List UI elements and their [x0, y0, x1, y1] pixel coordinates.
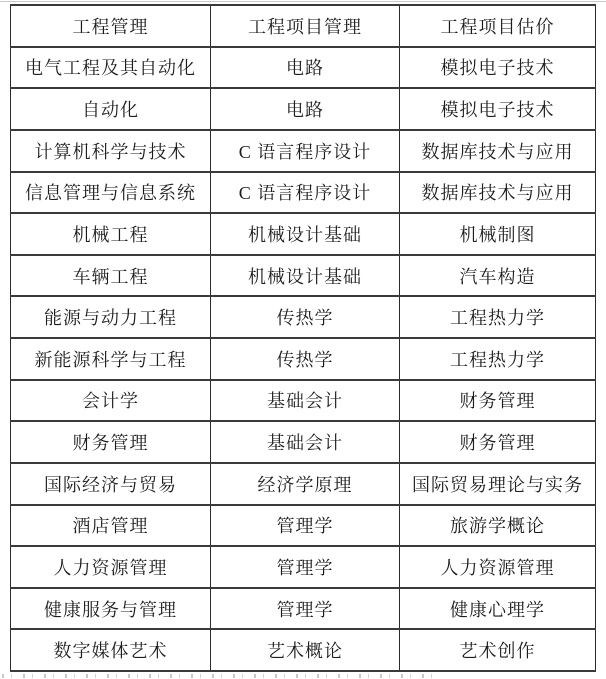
- table-cell-basic-course: 管理学: [211, 546, 400, 588]
- table-cell-major: 车辆工程: [11, 255, 211, 297]
- table-cell-second-course: 工程热力学: [400, 296, 596, 338]
- table-cell-second-course: 人力资源管理: [400, 546, 596, 588]
- table-cell-second-course: 工程项目估价: [400, 5, 596, 47]
- table-cell-basic-course: 传热学: [211, 338, 400, 380]
- table-cell-major: 自动化: [11, 88, 211, 130]
- table-row: 会计学基础会计财务管理: [11, 380, 596, 422]
- table-row: 健康服务与管理管理学健康心理学: [11, 588, 596, 630]
- table-cell-basic-course: 机械设计基础: [211, 213, 400, 255]
- table-row: 自动化电路模拟电子技术: [11, 88, 596, 130]
- table-cell-second-course: 工程热力学: [400, 338, 596, 380]
- table-row: 新能源科学与工程传热学工程热力学: [11, 338, 596, 380]
- table-cell-basic-course: 工程项目管理: [211, 5, 400, 47]
- table-cell-second-course: 机械制图: [400, 213, 596, 255]
- table-row: 工程管理工程项目管理工程项目估价: [11, 5, 596, 47]
- table-cell-major: 会计学: [11, 380, 211, 422]
- table-row: 数字媒体艺术艺术概论艺术创作: [11, 629, 596, 671]
- table-row: 车辆工程机械设计基础汽车构造: [11, 255, 596, 297]
- table-row: 能源与动力工程传热学工程热力学: [11, 296, 596, 338]
- table-cell-second-course: 财务管理: [400, 380, 596, 422]
- table-cell-second-course: 财务管理: [400, 421, 596, 463]
- table-row: 国际经济与贸易经济学原理国际贸易理论与实务: [11, 463, 596, 505]
- table-cell-major: 财务管理: [11, 421, 211, 463]
- table-cell-second-course: 旅游学概论: [400, 505, 596, 547]
- table-cell-basic-course: 经济学原理: [211, 463, 400, 505]
- table-row: 电气工程及其自动化电路模拟电子技术: [11, 47, 596, 89]
- table-cell-second-course: 模拟电子技术: [400, 47, 596, 89]
- cutoff-text-artifact: [2, 674, 432, 678]
- table-cell-basic-course: 机械设计基础: [211, 255, 400, 297]
- table-cell-second-course: 数据库技术与应用: [400, 172, 596, 214]
- top-edge-artifact: [0, 1, 606, 2]
- table-cell-basic-course: 管理学: [211, 588, 400, 630]
- table-cell-second-course: 汽车构造: [400, 255, 596, 297]
- table-row: 财务管理基础会计财务管理: [11, 421, 596, 463]
- table-cell-second-course: 国际贸易理论与实务: [400, 463, 596, 505]
- table-cell-second-course: 艺术创作: [400, 629, 596, 671]
- table-cell-basic-course: 传热学: [211, 296, 400, 338]
- table-cell-basic-course: C 语言程序设计: [211, 130, 400, 172]
- table-cell-major: 信息管理与信息系统: [11, 172, 211, 214]
- major-course-mapping-table: 工程管理工程项目管理工程项目估价电气工程及其自动化电路模拟电子技术自动化电路模拟…: [10, 4, 596, 672]
- table-cell-basic-course: C 语言程序设计: [211, 172, 400, 214]
- table-cell-second-course: 数据库技术与应用: [400, 130, 596, 172]
- table-cell-second-course: 健康心理学: [400, 588, 596, 630]
- table-cell-major: 人力资源管理: [11, 546, 211, 588]
- table-cell-basic-course: 艺术概论: [211, 629, 400, 671]
- table-cell-major: 国际经济与贸易: [11, 463, 211, 505]
- table-cell-major: 能源与动力工程: [11, 296, 211, 338]
- table-cell-basic-course: 电路: [211, 47, 400, 89]
- table-cell-second-course: 模拟电子技术: [400, 88, 596, 130]
- table-row: 信息管理与信息系统C 语言程序设计数据库技术与应用: [11, 172, 596, 214]
- table-cell-major: 酒店管理: [11, 505, 211, 547]
- table-cell-basic-course: 基础会计: [211, 380, 400, 422]
- table-cell-basic-course: 基础会计: [211, 421, 400, 463]
- table-cell-basic-course: 电路: [211, 88, 400, 130]
- table-cell-major: 机械工程: [11, 213, 211, 255]
- table-row: 机械工程机械设计基础机械制图: [11, 213, 596, 255]
- table-row: 人力资源管理管理学人力资源管理: [11, 546, 596, 588]
- table-cell-major: 工程管理: [11, 5, 211, 47]
- table-cell-basic-course: 管理学: [211, 505, 400, 547]
- table-cell-major: 新能源科学与工程: [11, 338, 211, 380]
- table-cell-major: 计算机科学与技术: [11, 130, 211, 172]
- table-cell-major: 健康服务与管理: [11, 588, 211, 630]
- table-cell-major: 数字媒体艺术: [11, 629, 211, 671]
- table-row: 计算机科学与技术C 语言程序设计数据库技术与应用: [11, 130, 596, 172]
- table-row: 酒店管理管理学旅游学概论: [11, 505, 596, 547]
- table-body: 工程管理工程项目管理工程项目估价电气工程及其自动化电路模拟电子技术自动化电路模拟…: [11, 5, 596, 671]
- table-cell-major: 电气工程及其自动化: [11, 47, 211, 89]
